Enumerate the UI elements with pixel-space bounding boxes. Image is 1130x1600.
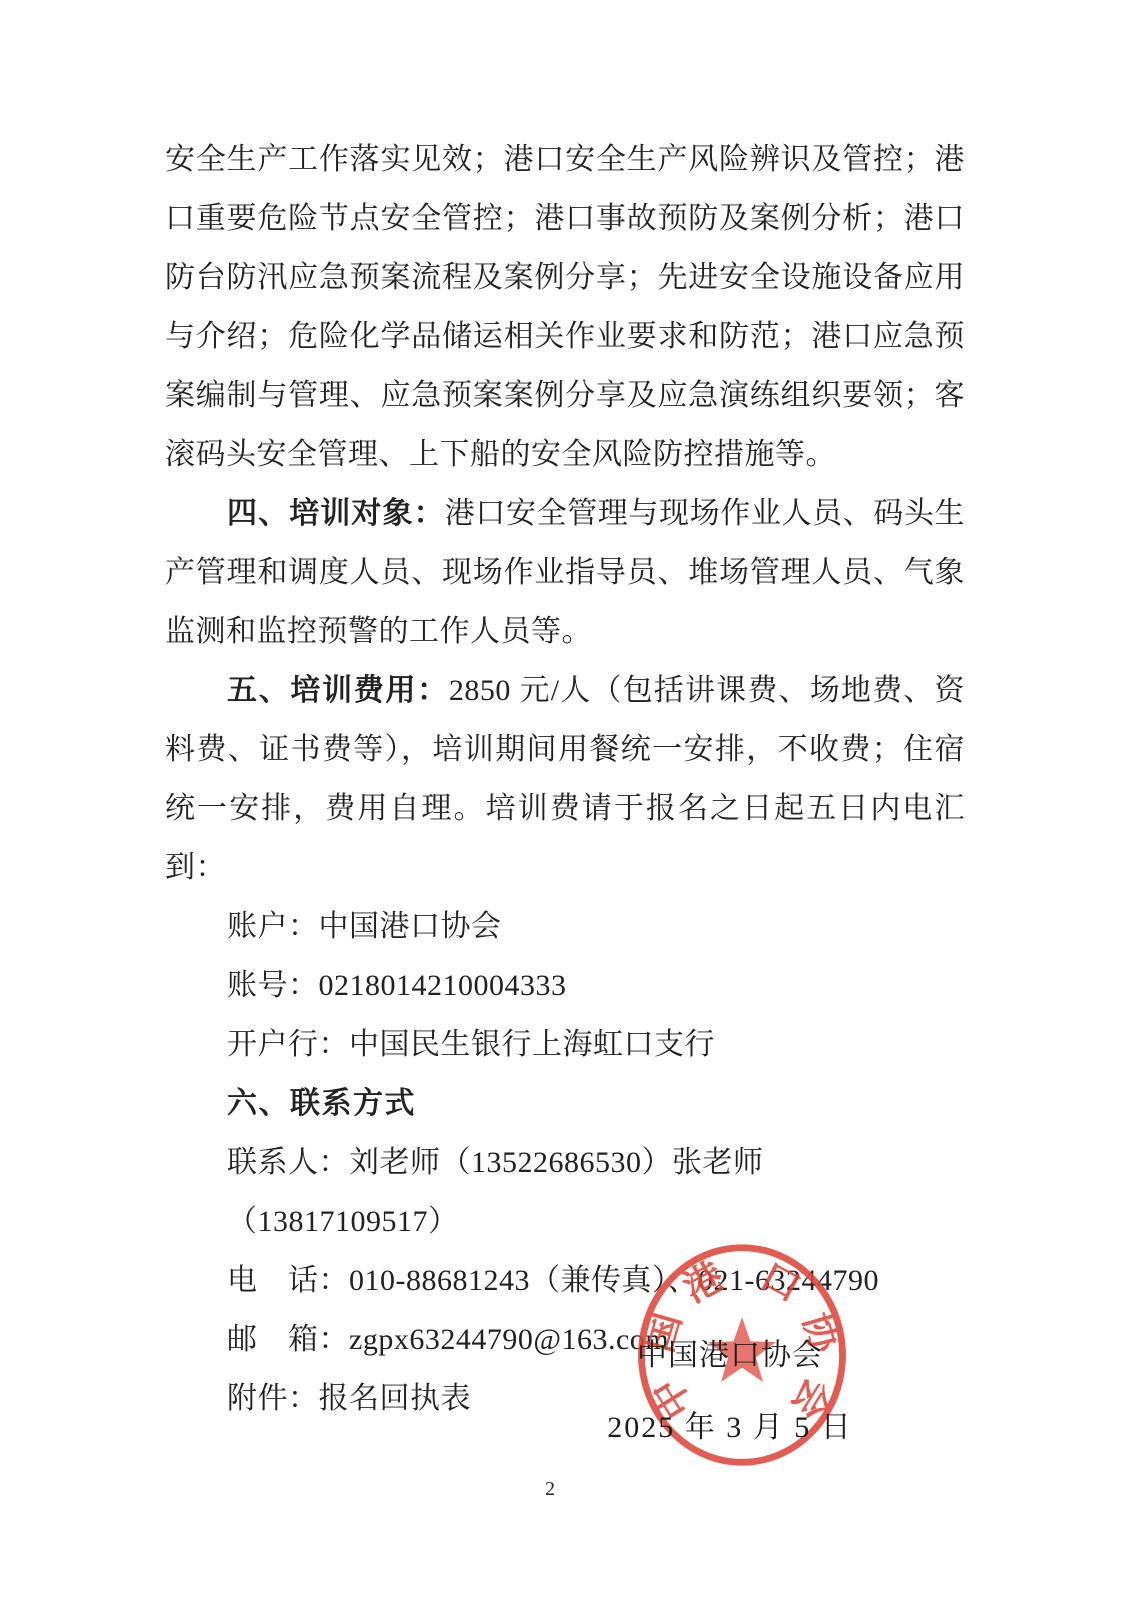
- document-page: { "page": { "number": "2", "continuation…: [0, 0, 1130, 1600]
- page-number: 2: [0, 1478, 1100, 1501]
- section4-heading: 四、培训对象：: [227, 497, 445, 530]
- signature-date: 2025 年 3 月 5 日: [600, 1402, 860, 1446]
- section5-heading: 五、培训费用：: [227, 674, 449, 707]
- paragraph-continuation: 安全生产工作落实见效；港口安全生产风险辨识及管控；港口重要危险节点安全管控；港口…: [165, 130, 965, 484]
- paragraph-section4: 四、培训对象：港口安全管理与现场作业人员、码头生产管理和调度人员、现场作业指导员…: [165, 484, 965, 661]
- bank-account-name: 账户：中国港口协会: [165, 897, 965, 956]
- section6-heading: 六、联系方式: [165, 1074, 965, 1133]
- bank-account-number: 账号：0218014210004333: [165, 956, 965, 1015]
- contact-person-line: 联系人：刘老师（13522686530）张老师（13817109517）: [165, 1133, 965, 1251]
- signature-org: 中国港口协会: [600, 1330, 860, 1374]
- paragraph-section5: 五、培训费用：2850 元/人（包括讲课费、场地费、资料费、证书费等），培训期间…: [165, 661, 965, 897]
- document-sheet: 安全生产工作落实见效；港口安全生产风险辨识及管控；港口重要危险节点安全管控；港口…: [0, 0, 1130, 1600]
- signature-block: 中国港口协会 2025 年 3 月 5 日: [600, 1330, 860, 1446]
- document-body: 安全生产工作落实见效；港口安全生产风险辨识及管控；港口重要危险节点安全管控；港口…: [165, 130, 965, 1428]
- bank-branch: 开户行：中国民生银行上海虹口支行: [165, 1015, 965, 1074]
